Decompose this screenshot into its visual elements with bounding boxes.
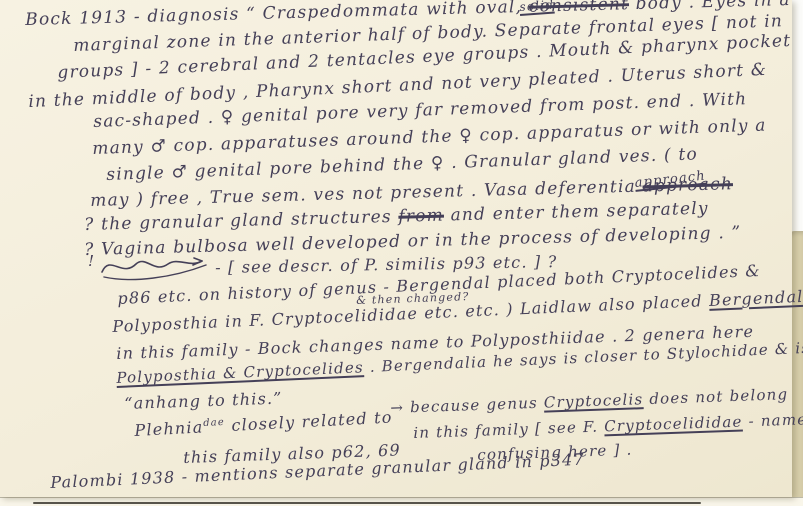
line-16: “anhang to this.” — [124, 388, 283, 413]
text-segment: Cryptocelididae — [604, 413, 743, 436]
screenshot-stage: Bock 1913 - diagnosis “ Craspedommata wi… — [0, 0, 803, 506]
text-segment: → because genus — [390, 394, 544, 417]
line-1-insert-solid: solid — [519, 0, 555, 14]
text-segment: and enter them separately — [444, 199, 709, 226]
text-segment: in this family [ see F. — [413, 417, 604, 442]
line-19: in this family [ see F. Cryptocelididae … — [413, 410, 803, 442]
exclamation-mark: ! — [88, 252, 95, 270]
text-segment: closely related to — [225, 407, 393, 435]
text-segment: does not belong — [643, 385, 789, 408]
line-18: Plehniadae closely related to — [134, 407, 393, 440]
text-segment: - name — [742, 410, 803, 430]
text-segment: “anhang to this.” — [124, 388, 283, 413]
text-segment: Bergendalia — [709, 286, 803, 310]
text-segment: from — [398, 206, 444, 227]
text-segment: Plehnia — [134, 417, 204, 440]
squiggly-arrow-icon — [98, 250, 216, 282]
text-segment: Polyposthia & Cryptocelides — [116, 358, 364, 387]
text-segment: Cryptocelis — [544, 390, 644, 411]
text-segment: ? the granular gland structures — [84, 207, 399, 235]
text-segment: solid — [519, 0, 555, 14]
text-segment: ! — [88, 252, 95, 270]
text-segment: dae — [203, 417, 225, 429]
